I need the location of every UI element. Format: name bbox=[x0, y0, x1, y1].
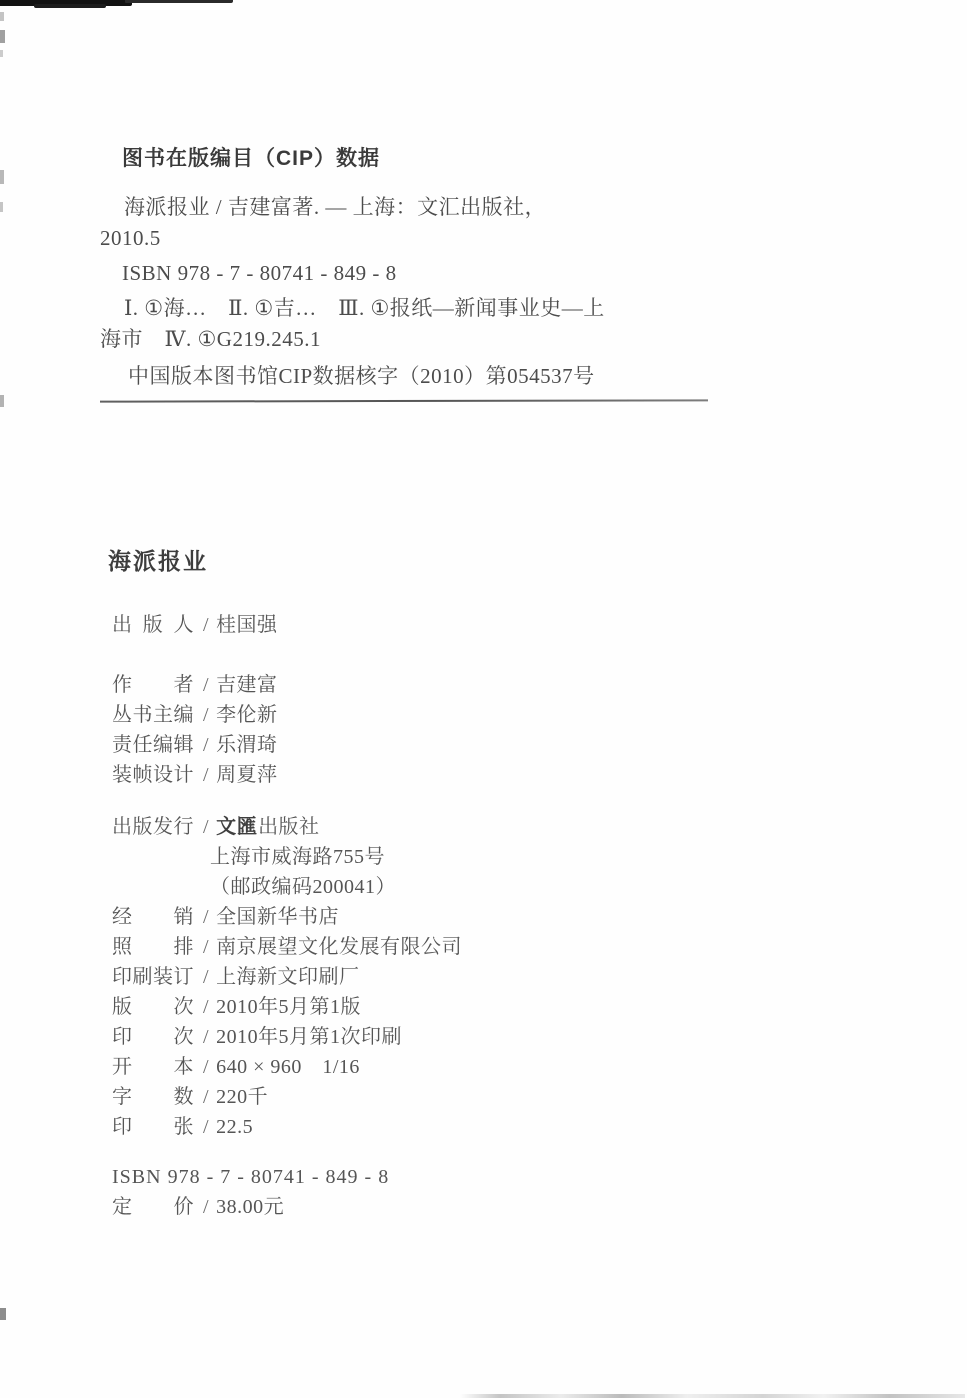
row-value: 2010年5月第1次印刷 bbox=[216, 1026, 402, 1048]
price-row: 定价/38.00元 bbox=[100, 1192, 860, 1222]
row-label: 作者 bbox=[112, 670, 194, 700]
row-label: 装帧设计 bbox=[112, 760, 194, 790]
row-label: 印次 bbox=[112, 1022, 194, 1052]
row-label: 开本 bbox=[112, 1052, 194, 1082]
scan-artifact-top bbox=[125, 0, 233, 3]
cip-isbn: ISBN 978 - 7 - 80741 - 849 - 8 bbox=[100, 258, 760, 289]
publishing-house-row: 出版发行/文匯出版社 bbox=[100, 812, 860, 842]
publisher-logotype: 文匯 bbox=[216, 816, 258, 838]
row-value: 李伦新 bbox=[216, 704, 278, 726]
staff-row-author: 作者/吉建富 bbox=[100, 670, 860, 700]
isbn-line: ISBN 978 - 7 - 80741 - 849 - 8 bbox=[100, 1162, 860, 1192]
separator-slash: / bbox=[203, 936, 209, 958]
separator-slash: / bbox=[203, 764, 209, 786]
staff-row-series-editor: 丛书主编/李伦新 bbox=[100, 700, 860, 730]
cip-classification-line-1: Ⅰ. ①海… Ⅱ. ①吉… Ⅲ. ①报纸—新闻事业史—上 bbox=[100, 293, 760, 324]
row-label: 出版发行 bbox=[112, 812, 194, 842]
separator-slash: / bbox=[203, 704, 209, 726]
book-copyright-page: 图书在版编目（CIP）数据 海派报业 / 吉建富著. — 上海：文汇出版社， 2… bbox=[0, 0, 967, 1398]
production-row-edition: 版次/2010年5月第1版 bbox=[100, 992, 860, 1022]
row-value: 2010年5月第1版 bbox=[216, 996, 361, 1018]
separator-slash: / bbox=[203, 906, 209, 928]
scan-artifact-left-edge bbox=[0, 1308, 6, 1320]
row-label: 责任编辑 bbox=[112, 730, 194, 760]
row-value: 南京展望文化发展有限公司 bbox=[216, 936, 462, 958]
cip-data-block: 图书在版编目（CIP）数据 海派报业 / 吉建富著. — 上海：文汇出版社， 2… bbox=[100, 146, 760, 392]
separator-slash: / bbox=[203, 966, 209, 988]
scan-artifact-left-edge bbox=[0, 30, 5, 43]
separator-slash: / bbox=[203, 734, 209, 756]
row-label: 经销 bbox=[112, 902, 194, 932]
row-value: 全国新华书店 bbox=[216, 906, 339, 928]
separator-slash: / bbox=[203, 816, 209, 838]
row-value: 桂国强 bbox=[216, 614, 278, 636]
row-value: 220千 bbox=[216, 1086, 268, 1108]
publisher-person-row: 出版人/桂国强 bbox=[100, 610, 860, 640]
row-value: 22.5 bbox=[216, 1116, 253, 1138]
separator-slash: / bbox=[203, 996, 209, 1018]
cip-heading: 图书在版编目（CIP）数据 bbox=[100, 146, 760, 172]
separator-slash: / bbox=[203, 1116, 209, 1138]
cip-registration-number: 中国版本图书馆CIP数据核字（2010）第054537号 bbox=[100, 361, 760, 392]
row-label: 字数 bbox=[112, 1082, 194, 1112]
cip-title-statement: 海派报业 / 吉建富著. — 上海：文汇出版社， bbox=[100, 192, 760, 223]
cip-publication-year: 2010.5 bbox=[100, 223, 760, 254]
row-label: 丛书主编 bbox=[112, 700, 194, 730]
staff-row-responsible-editor: 责任编辑/乐渭琦 bbox=[100, 730, 860, 760]
publisher-address: 上海市威海路755号 bbox=[100, 842, 860, 872]
row-label: 印张 bbox=[112, 1112, 194, 1142]
publisher-logotype-suffix: 出版社 bbox=[258, 816, 320, 838]
separator-slash: / bbox=[203, 1086, 209, 1108]
scan-artifact-bottom-edge bbox=[460, 1394, 965, 1398]
scan-artifact-left-edge bbox=[0, 12, 4, 21]
row-value: 640 × 960 1/16 bbox=[216, 1056, 360, 1078]
scan-artifact-top bbox=[0, 0, 132, 6]
row-label: 印刷装订 bbox=[112, 962, 194, 992]
horizontal-divider bbox=[100, 399, 708, 402]
cip-classification-line-2: 海市 Ⅳ. ①G219.245.1 bbox=[100, 324, 760, 355]
separator-slash: / bbox=[203, 614, 209, 636]
scan-artifact-left-edge bbox=[0, 202, 3, 212]
scan-artifact-left-edge bbox=[0, 395, 4, 407]
row-value: 周夏萍 bbox=[216, 764, 278, 786]
row-label: 出版人 bbox=[112, 610, 194, 640]
separator-slash: / bbox=[203, 674, 209, 696]
row-label: 版次 bbox=[112, 992, 194, 1022]
row-label: 照排 bbox=[112, 932, 194, 962]
row-value: 乐渭琦 bbox=[216, 734, 278, 756]
separator-slash: / bbox=[203, 1056, 209, 1078]
row-label: 定价 bbox=[112, 1192, 194, 1222]
production-row-impression: 印次/2010年5月第1次印刷 bbox=[100, 1022, 860, 1052]
colophon-block: 海派报业 出版人/桂国强 作者/吉建富 丛书主编/李伦新 责任编辑/乐渭琦 装帧… bbox=[100, 545, 860, 1222]
production-row-typesetting: 照排/南京展望文化发展有限公司 bbox=[100, 932, 860, 962]
production-row-sheets: 印张/22.5 bbox=[100, 1112, 860, 1142]
separator-slash: / bbox=[203, 1026, 209, 1048]
row-value: 吉建富 bbox=[216, 674, 278, 696]
scan-artifact-left-edge bbox=[0, 50, 3, 57]
separator-slash: / bbox=[203, 1196, 209, 1218]
scan-artifact-top bbox=[34, 4, 106, 8]
production-row-printing: 印刷装订/上海新文印刷厂 bbox=[100, 962, 860, 992]
row-value: 上海新文印刷厂 bbox=[216, 966, 360, 988]
publisher-postcode: （邮政编码200041） bbox=[100, 872, 860, 902]
book-title: 海派报业 bbox=[108, 545, 860, 577]
row-value: 38.00元 bbox=[216, 1196, 284, 1218]
production-row-distribution: 经销/全国新华书店 bbox=[100, 902, 860, 932]
staff-row-designer: 装帧设计/周夏萍 bbox=[100, 760, 860, 790]
production-row-format: 开本/640 × 960 1/16 bbox=[100, 1052, 860, 1082]
scan-artifact-left-edge bbox=[0, 170, 4, 184]
production-row-word-count: 字数/220千 bbox=[100, 1082, 860, 1112]
